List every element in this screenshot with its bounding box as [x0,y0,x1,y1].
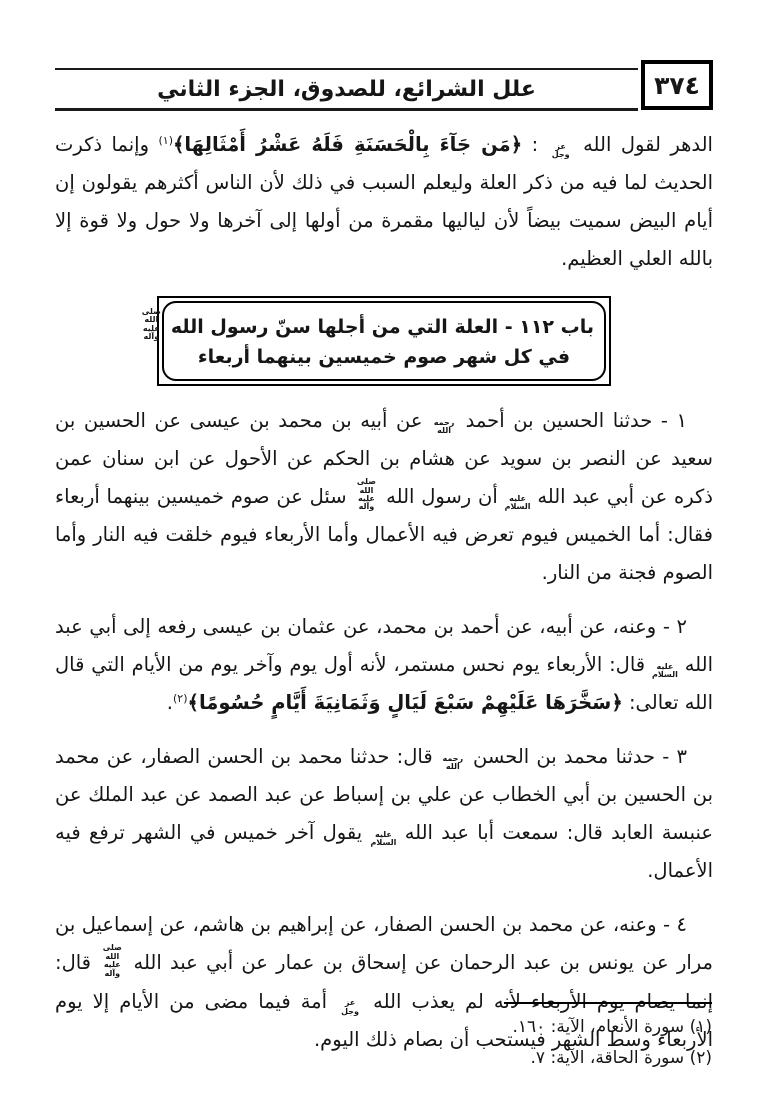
quran-verse: ﴿سَخَّرَهَا عَلَيْهِمْ سَبْعَ لَيَالٍ وَ… [188,691,623,714]
footnote-1: (١) سورة الأنعام، الآية: ١٦٠. [56,1012,712,1043]
honorific-seal: عليه السلام [505,495,531,512]
footnote-reference: (٢) [173,692,188,705]
page-number-box: ٣٧٤ [641,60,713,110]
quran-verse: ﴿مَن جَآءَ بِالْحَسَنَةِ فَلَهُ عَشْرُ أ… [173,133,522,156]
book-title: علل الشرائع، للصدوق، الجزء الثاني [157,77,536,102]
honorific-seal: رحمه الله [440,755,466,772]
honorific-seal: صلى الله عليه وآله [353,478,379,512]
page-number: ٣٧٤ [654,71,700,100]
chapter-heading-box: باب ١١٢ - العلة التي من أجلها سنّ رسول ا… [157,296,611,386]
honorific-seal: عليه السلام [652,663,678,680]
honorific-seal: صلى الله عليه وآله [138,308,164,342]
footnotes-block: (١) سورة الأنعام، الآية: ١٦٠. (٢) سورة ا… [56,1012,712,1074]
honorific-seal: صلى الله عليه وآله [99,944,125,978]
footnote-2: (٢) سورة الحاقة، الآية: ٧. [56,1043,712,1074]
chapter-heading-inner-frame: باب ١١٢ - العلة التي من أجلها سنّ رسول ا… [162,301,606,381]
page-header: ٣٧٤ علل الشرائع، للصدوق، الجزء الثاني [55,58,713,116]
paragraph-continuation: الدهر لقول الله عز وجل : ﴿مَن جَآءَ بِال… [55,126,713,278]
hadith-3: ٣ - حدثنا محمد بن الحسن رحمه الله قال: ح… [55,738,713,890]
footnote-separator [504,1002,712,1004]
honorific-seal: عز وجل [548,143,574,160]
honorific-seal: رحمه الله [431,419,457,436]
header-rule-band: علل الشرائع، للصدوق، الجزء الثاني [55,68,638,111]
hadith-2: ٢ - وعنه، عن أبيه، عن أحمد بن محمد، عن ع… [55,608,713,722]
book-page: ٣٧٤ علل الشرائع، للصدوق، الجزء الثاني ال… [0,0,768,1114]
chapter-title-line2: في كل شهر صوم خميسين بينهما أربعاء [174,342,594,372]
footnote-reference: (١) [158,134,173,147]
hadith-1: ١ - حدثنا الحسين بن أحمد رحمه الله عن أب… [55,402,713,592]
page-content: ٣٧٤ علل الشرائع، للصدوق، الجزء الثاني ال… [55,58,713,1059]
chapter-title-line1: باب ١١٢ - العلة التي من أجلها سنّ رسول ا… [174,308,594,342]
honorific-seal: عليه السلام [370,831,396,848]
